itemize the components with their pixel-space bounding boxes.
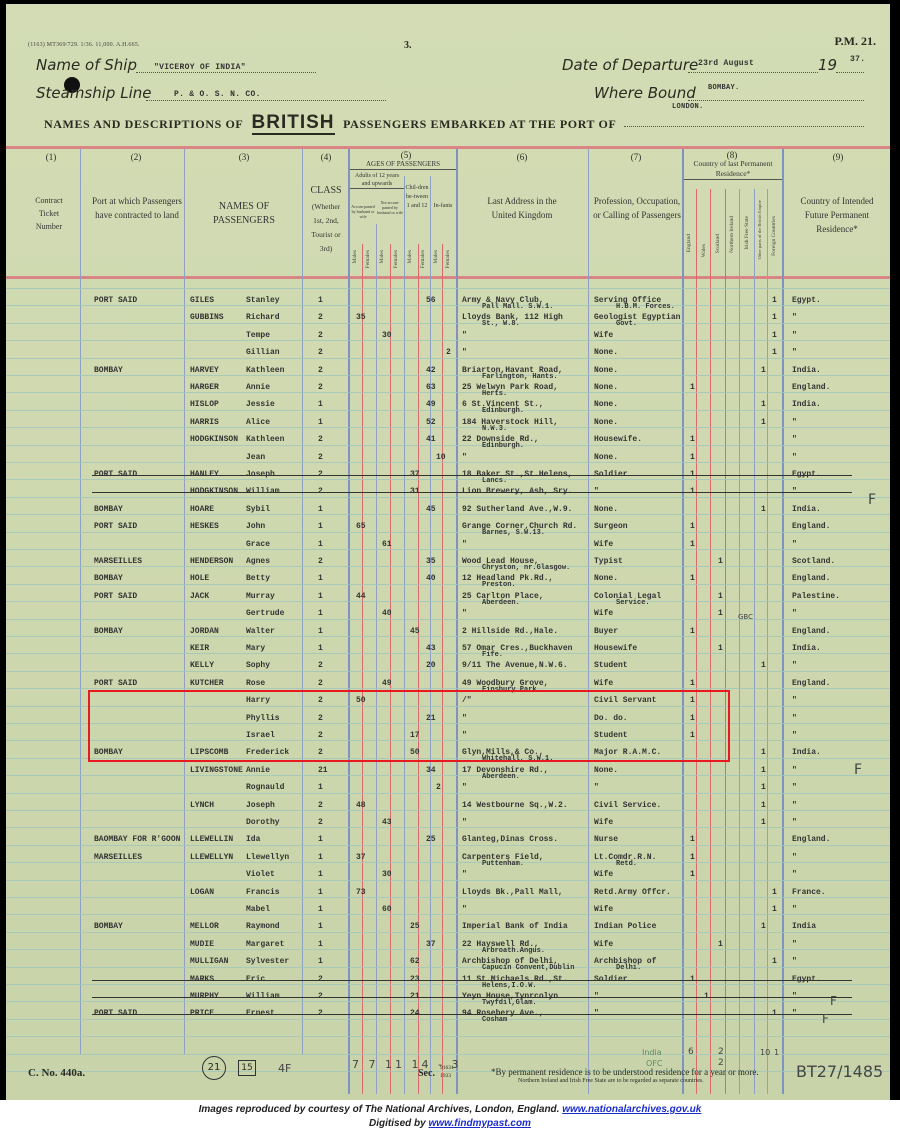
port-of-landing: BOMBAY xyxy=(94,366,123,375)
last-address: Glanteg,Dinas Cross. xyxy=(462,835,558,844)
passenger-given-name: Gertrude xyxy=(246,609,284,618)
passenger-surname: JACK xyxy=(190,592,209,601)
last-address: " xyxy=(462,783,467,792)
passenger-class: 2 xyxy=(318,661,323,670)
passenger-class: 1 xyxy=(318,644,323,653)
passenger-surname: HISLOP xyxy=(190,400,219,409)
port-dots xyxy=(624,126,864,127)
passenger-row: BOMBAYHOLEBetty14012 Headland Pk.Rd.,Non… xyxy=(6,570,890,587)
tally-england: 6 xyxy=(688,1047,694,1057)
where-bound-label: Where Bound xyxy=(594,84,696,102)
residence-mark: 1 xyxy=(761,766,766,775)
passenger-given-name: Mabel xyxy=(246,905,270,914)
future-residence: " xyxy=(792,331,797,340)
passenger-age: 48 xyxy=(356,801,366,810)
passenger-surname: LOGAN xyxy=(190,888,214,897)
passenger-surname: HODGKINSON xyxy=(190,435,238,444)
page-number: 3. xyxy=(404,40,412,51)
last-address: " xyxy=(462,348,467,357)
ruled-line xyxy=(6,1054,890,1055)
residence-mark: 1 xyxy=(761,366,766,375)
ship-name-value: "VICEROY OF INDIA" xyxy=(154,63,246,72)
header-top-rule xyxy=(6,146,890,149)
future-residence: India. xyxy=(792,644,821,653)
last-address: 92 Sutherland Ave.,W.9. xyxy=(462,505,572,514)
passenger-age: 56 xyxy=(426,296,436,305)
passenger-given-name: Jessie xyxy=(246,400,275,409)
passenger-age: 45 xyxy=(410,627,420,636)
residence-mark: 1 xyxy=(690,435,695,444)
margin-f-mark: F xyxy=(854,762,862,778)
residence-mark: 1 xyxy=(761,748,766,757)
passenger-row: LIVINGSTONEAnnie213417 Devonshire Rd.,No… xyxy=(6,762,890,779)
passenger-age: 43 xyxy=(426,644,436,653)
occupation: Wife xyxy=(594,679,613,688)
passenger-class: 1 xyxy=(318,592,323,601)
passenger-surname: LYNCH xyxy=(190,801,214,810)
passenger-row: MURPHYWilliam221Yeyn House,Tynrcolyn"1"T… xyxy=(6,988,890,1005)
passenger-class: 1 xyxy=(318,400,323,409)
passenger-row: Violet130"Wife1" xyxy=(6,866,890,883)
passenger-given-name: Llewellyn xyxy=(246,853,289,862)
passenger-row: Tempe230"Wife1" xyxy=(6,327,890,344)
last-address: 25 Welwyn Park Road, xyxy=(462,383,558,392)
future-residence: India. xyxy=(792,366,821,375)
passenger-row: BOMBAYHARVEYKathleen242Briarton,Havant R… xyxy=(6,362,890,379)
passenger-row: MARSEILLESHENDERSONAgnes235Wood Lead Hou… xyxy=(6,553,890,570)
residence-mark: 1 xyxy=(690,540,695,549)
passenger-surname: HOLE xyxy=(190,574,209,583)
future-residence: " xyxy=(792,348,797,357)
passenger-class: 1 xyxy=(318,627,323,636)
passenger-class: 1 xyxy=(318,940,323,949)
passenger-age: 40 xyxy=(426,574,436,583)
future-residence: India. xyxy=(792,748,821,757)
future-residence: England. xyxy=(792,574,830,583)
passenger-class: 2 xyxy=(318,366,323,375)
passenger-given-name: Alice xyxy=(246,418,270,427)
col5-not-accompanied: Not accom-panied by husband or wife xyxy=(377,200,403,215)
passenger-surname: JORDAN xyxy=(190,627,219,636)
future-residence: India xyxy=(792,922,816,931)
col8-header: Country of last Permanent Residence* xyxy=(684,159,782,180)
digitised-by-text: Digitised by xyxy=(369,1118,426,1129)
passenger-surname: KUTCHER xyxy=(190,679,224,688)
tally-foreign: 1 xyxy=(774,1048,779,1057)
passenger-class: 2 xyxy=(318,331,323,340)
females-label: Females xyxy=(393,250,399,268)
passenger-row: PORT SAIDJACKMurray14425 Carlton Place,C… xyxy=(6,588,890,605)
port-of-landing: MARSEILLES xyxy=(94,853,142,862)
future-residence: " xyxy=(792,940,797,949)
passenger-age: 49 xyxy=(382,679,392,688)
residence-mark: 1 xyxy=(761,418,766,427)
passenger-given-name: Raymond xyxy=(246,922,280,931)
future-residence: India. xyxy=(792,400,821,409)
occupation: Wife xyxy=(594,905,613,914)
passenger-class: 1 xyxy=(318,835,323,844)
last-address: 14 Westbourne Sq.,W.2. xyxy=(462,801,568,810)
passenger-age: 30 xyxy=(382,870,392,879)
last-address: 57 Omar Cres.,Buckhaven xyxy=(462,644,572,653)
future-residence: " xyxy=(792,696,797,705)
passenger-row: LOGANFrancis173Lloyds Bk.,Pall Mall,Retd… xyxy=(6,884,890,901)
res-foreign-label: Foreign Countries xyxy=(771,216,777,256)
year-value: 37. xyxy=(850,55,865,64)
passenger-row: MULLIGANSylvester162Archbishop of Delhi,… xyxy=(6,953,890,970)
passenger-class: 1 xyxy=(318,522,323,531)
residence-mark: 1 xyxy=(690,574,695,583)
passenger-age: 41 xyxy=(426,435,436,444)
future-residence: " xyxy=(792,418,797,427)
passenger-age: 44 xyxy=(356,592,366,601)
passenger-given-name: Agnes xyxy=(246,557,270,566)
residence-mark: 1 xyxy=(690,835,695,844)
passenger-given-name: Ida xyxy=(246,835,260,844)
col7-header: Profession, Occupation, or Calling of Pa… xyxy=(592,194,682,222)
passenger-row: Jean210"None.1" xyxy=(6,449,890,466)
passenger-age: 25 xyxy=(410,922,420,931)
passenger-given-name: Jean xyxy=(246,453,265,462)
four-f-mark: 4F xyxy=(278,1062,291,1075)
passenger-age: 20 xyxy=(426,661,436,670)
steamship-line-label: Steamship Line xyxy=(36,84,151,102)
future-residence: " xyxy=(792,905,797,914)
last-address: 2 Hillside Rd.,Hale. xyxy=(462,627,558,636)
strikethrough-line xyxy=(92,475,852,476)
strikethrough-line xyxy=(92,997,852,998)
passenger-class: 2 xyxy=(318,818,323,827)
future-residence: " xyxy=(792,818,797,827)
form-number: C. No. 440a. xyxy=(28,1067,85,1079)
passenger-given-name: Margaret xyxy=(246,940,284,949)
document-title: NAMES AND DESCRIPTIONS OF BRITISH PASSEN… xyxy=(44,112,616,134)
occupation: Civil Service. xyxy=(594,801,661,810)
departure-date-label: Date of Departure xyxy=(562,56,698,74)
last-address: " xyxy=(462,609,467,618)
residence-mark: 1 xyxy=(761,801,766,810)
future-residence: France. xyxy=(792,888,826,897)
future-residence: " xyxy=(792,783,797,792)
passenger-age: 43 xyxy=(382,818,392,827)
passenger-age: 37 xyxy=(356,853,366,862)
col5-children: Chil-dren be-tween 1 and 12 xyxy=(404,184,430,211)
future-residence: Scotland. xyxy=(792,557,835,566)
passenger-row: BOMBAYHOARESybil14592 Sutherland Ave.,W.… xyxy=(6,501,890,518)
residence-mark: 1 xyxy=(761,661,766,670)
margin-f-mark: F xyxy=(830,994,837,1008)
passenger-class: 2 xyxy=(318,313,323,322)
passenger-given-name: Murray xyxy=(246,592,275,601)
future-residence: England. xyxy=(792,835,830,844)
future-residence: " xyxy=(792,870,797,879)
passenger-surname: LIVINGSTONE xyxy=(190,766,243,775)
passenger-class: 1 xyxy=(318,540,323,549)
passenger-surname: HENDERSON xyxy=(190,557,233,566)
steamship-line-dots xyxy=(146,100,386,101)
passenger-row: MUDIEMargaret13722 Hayswell Rd.,Wife1"Ar… xyxy=(6,936,890,953)
passenger-age: 40 xyxy=(382,609,392,618)
passenger-surname: GILES xyxy=(190,296,214,305)
last-address: " xyxy=(462,540,467,549)
passenger-given-name: Dorothy xyxy=(246,818,280,827)
last-address: " xyxy=(462,870,467,879)
passenger-age: 2 xyxy=(436,783,441,792)
passenger-given-name: Violet xyxy=(246,870,275,879)
passenger-class: 2 xyxy=(318,348,323,357)
ship-name-dots xyxy=(136,72,316,73)
residence-mark: 1 xyxy=(690,870,695,879)
last-address: " xyxy=(462,331,467,340)
residence-footnote: *By permanent residence is to be underst… xyxy=(491,1067,759,1077)
where-bound-dots xyxy=(688,100,864,101)
reference-number: BT27/1485 xyxy=(796,1062,883,1081)
occupation: Wife xyxy=(594,540,613,549)
passenger-row: PORT SAIDHESKESJohn165Grange Corner,Chur… xyxy=(6,518,890,535)
port-of-landing: BOMBAY xyxy=(94,505,123,514)
passenger-given-name: Sylvester xyxy=(246,957,289,966)
future-residence: England. xyxy=(792,627,830,636)
res-irish-free-state-label: Irish Free State xyxy=(744,216,750,250)
passenger-row: PORT SAIDGILESStanley156Army & Navy Club… xyxy=(6,292,890,309)
form-code: P.M. 21. xyxy=(834,34,876,49)
passenger-given-name: Stanley xyxy=(246,296,280,305)
port-of-landing: PORT SAID xyxy=(94,592,137,601)
passenger-given-name: Sophy xyxy=(246,661,270,670)
future-residence: " xyxy=(792,957,797,966)
residence-mark: 1 xyxy=(772,957,777,966)
residence-mark: 1 xyxy=(761,783,766,792)
males-label: Males xyxy=(433,250,439,263)
passenger-surname: MUDIE xyxy=(190,940,214,949)
passenger-given-name: Rognauld xyxy=(246,783,284,792)
occupation: None. xyxy=(594,348,618,357)
occupation: None. xyxy=(594,383,618,392)
title-suffix: PASSENGERS EMBARKED AT THE PORT OF xyxy=(343,117,616,131)
passenger-surname: LLEWELLYN xyxy=(190,853,233,862)
passenger-given-name: Mary xyxy=(246,644,265,653)
passenger-class: 2 xyxy=(318,679,323,688)
passenger-given-name: Gillian xyxy=(246,348,280,357)
last-address-line-2: Cosham xyxy=(482,1016,507,1024)
occupation: None. xyxy=(594,418,618,427)
passenger-row: BAOMBAY FOR R'GOONLLEWELLINIda125Glanteg… xyxy=(6,831,890,848)
passenger-row: Rognauld12""1" xyxy=(6,779,890,796)
occupation: Wife xyxy=(594,818,613,827)
passenger-age: 35 xyxy=(356,313,366,322)
passenger-given-name: Annie xyxy=(246,383,270,392)
boxed-count: 15 xyxy=(238,1060,256,1076)
departure-date-value: 23rd August xyxy=(698,59,754,68)
credit-line-1: Images reproduced by courtesy of The Nat… xyxy=(0,1104,900,1115)
passenger-row: MARKSEric22311 St.Michaels Rd.,St.Soldie… xyxy=(6,971,890,988)
females-label: Females xyxy=(420,250,426,268)
passenger-class: 1 xyxy=(318,922,323,931)
passenger-class: 2 xyxy=(318,435,323,444)
col5-header: AGES OF PASSENGERS xyxy=(350,159,456,170)
passenger-row: Gertrude140"Wife1" xyxy=(6,605,890,622)
passenger-age: 42 xyxy=(426,366,436,375)
passenger-class: 1 xyxy=(318,609,323,618)
occupation: Student xyxy=(594,661,628,670)
passenger-class: 1 xyxy=(318,418,323,427)
future-residence: England. xyxy=(792,522,830,531)
passenger-age: 45 xyxy=(426,505,436,514)
future-residence: " xyxy=(792,801,797,810)
passenger-given-name: Kathleen xyxy=(246,366,284,375)
section-label: Sec. xyxy=(418,1068,435,1079)
res-british-empire-label: Other parts of the British Empire xyxy=(757,200,762,259)
year-dots xyxy=(836,72,864,73)
col5-infants: In-fants xyxy=(430,202,456,211)
residence-mark: 1 xyxy=(761,505,766,514)
males-label: Males xyxy=(379,250,385,263)
col4-header: (Whether 1st, 2nd, Tourist or 3rd) xyxy=(306,200,346,256)
gbc-mark: GBC xyxy=(738,613,753,621)
future-residence: " xyxy=(792,609,797,618)
future-residence: England. xyxy=(792,383,830,392)
future-residence: Palestine. xyxy=(792,592,840,601)
national-archives-link[interactable]: www.nationalarchives.gov.uk xyxy=(562,1104,701,1115)
tally-empire: 10 xyxy=(760,1048,770,1057)
passenger-given-name: Kathleen xyxy=(246,435,284,444)
passenger-row: HARGERAnnie26325 Welwyn Park Road,None.1… xyxy=(6,379,890,396)
occupation: None. xyxy=(594,366,618,375)
passenger-row: KEIRMary14357 Omar Cres.,BuckhavenHousew… xyxy=(6,640,890,657)
col5-adults: Adults of 12 years and upwards xyxy=(350,172,404,189)
port-of-embarkation-value: LONDON. xyxy=(672,103,704,111)
passenger-surname: MULLIGAN xyxy=(190,957,228,966)
passenger-age: 37 xyxy=(426,940,436,949)
future-residence: India. xyxy=(792,505,821,514)
occupation: Indian Police xyxy=(594,922,656,931)
col6-number: (6) xyxy=(502,152,542,162)
passenger-list-sheet: (1163) MT369/729. 1/36. 11,000. A.H.665.… xyxy=(6,4,890,1100)
passenger-age: 65 xyxy=(356,522,366,531)
passenger-surname: HARGER xyxy=(190,383,219,392)
residence-mark: 1 xyxy=(772,313,777,322)
residence-footnote-2: Northern Ireland and Irish Free State ar… xyxy=(518,1078,704,1084)
ruled-line xyxy=(6,1036,890,1037)
residence-mark: 1 xyxy=(772,331,777,340)
future-residence: " xyxy=(792,714,797,723)
residence-mark: 1 xyxy=(690,627,695,636)
residence-mark: 1 xyxy=(690,853,695,862)
occupation: Surgeon xyxy=(594,522,628,531)
passenger-surname: LLEWELLIN xyxy=(190,835,233,844)
passenger-age: 73 xyxy=(356,888,366,897)
passenger-age: 49 xyxy=(426,400,436,409)
port-of-landing: BOMBAY xyxy=(94,574,123,583)
title-prefix: NAMES AND DESCRIPTIONS OF xyxy=(44,117,243,131)
females-label: Females xyxy=(365,250,371,268)
occupation: Nurse xyxy=(594,835,618,844)
port-of-landing: PORT SAID xyxy=(94,522,137,531)
residence-mark: 1 xyxy=(690,383,695,392)
passenger-row: HARRISAlice152184 Haverstock Hill,None.1… xyxy=(6,414,890,431)
occupation: Wife xyxy=(594,331,613,340)
passenger-class: 2 xyxy=(318,383,323,392)
res-england-label: England xyxy=(686,234,692,252)
residence-mark: 1 xyxy=(772,348,777,357)
future-residence: " xyxy=(792,435,797,444)
col2-number: (2) xyxy=(116,152,156,162)
res-northern-ireland-label: Northern Ireland xyxy=(729,216,735,253)
col2-header: Port at which Passengers have contracted… xyxy=(92,194,182,222)
passenger-class: 1 xyxy=(318,783,323,792)
passenger-row: GUBBINSRichard235Lloyds Bank, 112 HighGe… xyxy=(6,309,890,326)
tally-india: India xyxy=(642,1048,662,1057)
passenger-row: BOMBAYMELLORRaymond125Imperial Bank of I… xyxy=(6,918,890,935)
col1-header: Contract Ticket Number xyxy=(26,194,72,233)
future-residence: " xyxy=(792,853,797,862)
credit-text: Images reproduced by courtesy of The Nat… xyxy=(199,1104,560,1115)
strikethrough-line xyxy=(92,980,852,981)
margin-f-mark: F xyxy=(868,492,876,508)
passenger-row: HODGKINSONWilliam231Lion Brewery, Ash, S… xyxy=(6,483,890,500)
occupation: None. xyxy=(594,453,618,462)
year-prefix: 19 xyxy=(818,56,837,74)
title-british: BRITISH xyxy=(252,112,335,135)
passenger-age: 25 xyxy=(426,835,436,844)
passenger-class: 1 xyxy=(318,505,323,514)
passenger-given-name: Grace xyxy=(246,540,270,549)
passenger-row: MARSEILLESLLEWELLYNLlewellyn137Carpenter… xyxy=(6,849,890,866)
last-address: 9/11 The Avenue,N.W.6. xyxy=(462,661,568,670)
passenger-given-name: Sybil xyxy=(246,505,270,514)
ship-name-label: Name of Ship xyxy=(36,56,137,74)
males-label: Males xyxy=(352,250,358,263)
col6-header: Last Address in the United Kingdom xyxy=(476,194,568,222)
col5-accompanied: Accom-panied by husband or wife xyxy=(350,204,376,219)
strikethrough-line xyxy=(92,492,852,493)
occupation: Typist xyxy=(594,557,623,566)
passenger-row: HISLOPJessie1496 St.Vincent St.,None.1In… xyxy=(6,396,890,413)
passenger-row: LYNCHJoseph24814 Westbourne Sq.,W.2.Civi… xyxy=(6,797,890,814)
residence-mark: 1 xyxy=(718,940,723,949)
passenger-surname: KEIR xyxy=(190,644,209,653)
col7-number: (7) xyxy=(616,152,656,162)
future-residence: " xyxy=(792,540,797,549)
passenger-given-name: Tempe xyxy=(246,331,270,340)
residence-mark: 1 xyxy=(772,296,777,305)
tally-scotland: 2 xyxy=(718,1047,724,1057)
occupation: Geologist Egyptian xyxy=(594,313,680,322)
findmypast-link[interactable]: www.findmypast.com xyxy=(429,1118,531,1129)
last-address: Lloyds Bk.,Pall Mall, xyxy=(462,888,563,897)
passenger-class: 1 xyxy=(318,574,323,583)
highlight-kutcher-family xyxy=(88,690,730,762)
occupation: None. xyxy=(594,574,618,583)
residence-mark: 1 xyxy=(690,453,695,462)
passenger-row: BOMBAYJORDANWalter1452 Hillside Rd.,Hale… xyxy=(6,623,890,640)
passenger-given-name: Joseph xyxy=(246,801,275,810)
occupation: None. xyxy=(594,766,618,775)
passenger-given-name: Walter xyxy=(246,627,275,636)
future-residence: " xyxy=(792,453,797,462)
passenger-surname: HARRIS xyxy=(190,418,219,427)
residence-mark: 1 xyxy=(690,679,695,688)
passenger-row: PORT SAIDHANLEYJoseph23718 Baker St.,St.… xyxy=(6,466,890,483)
occupation: Retd.Army Offcr. xyxy=(594,888,671,897)
passenger-row: KELLYSophy2209/11 The Avenue,N.W.6.Stude… xyxy=(6,657,890,674)
passenger-row: Grace161"Wife1" xyxy=(6,536,890,553)
passenger-surname: KELLY xyxy=(190,661,214,670)
where-bound-value: BOMBAY. xyxy=(708,84,740,92)
last-address: " xyxy=(462,905,467,914)
passenger-class: 1 xyxy=(318,870,323,879)
last-address: Imperial Bank of India xyxy=(462,922,568,931)
